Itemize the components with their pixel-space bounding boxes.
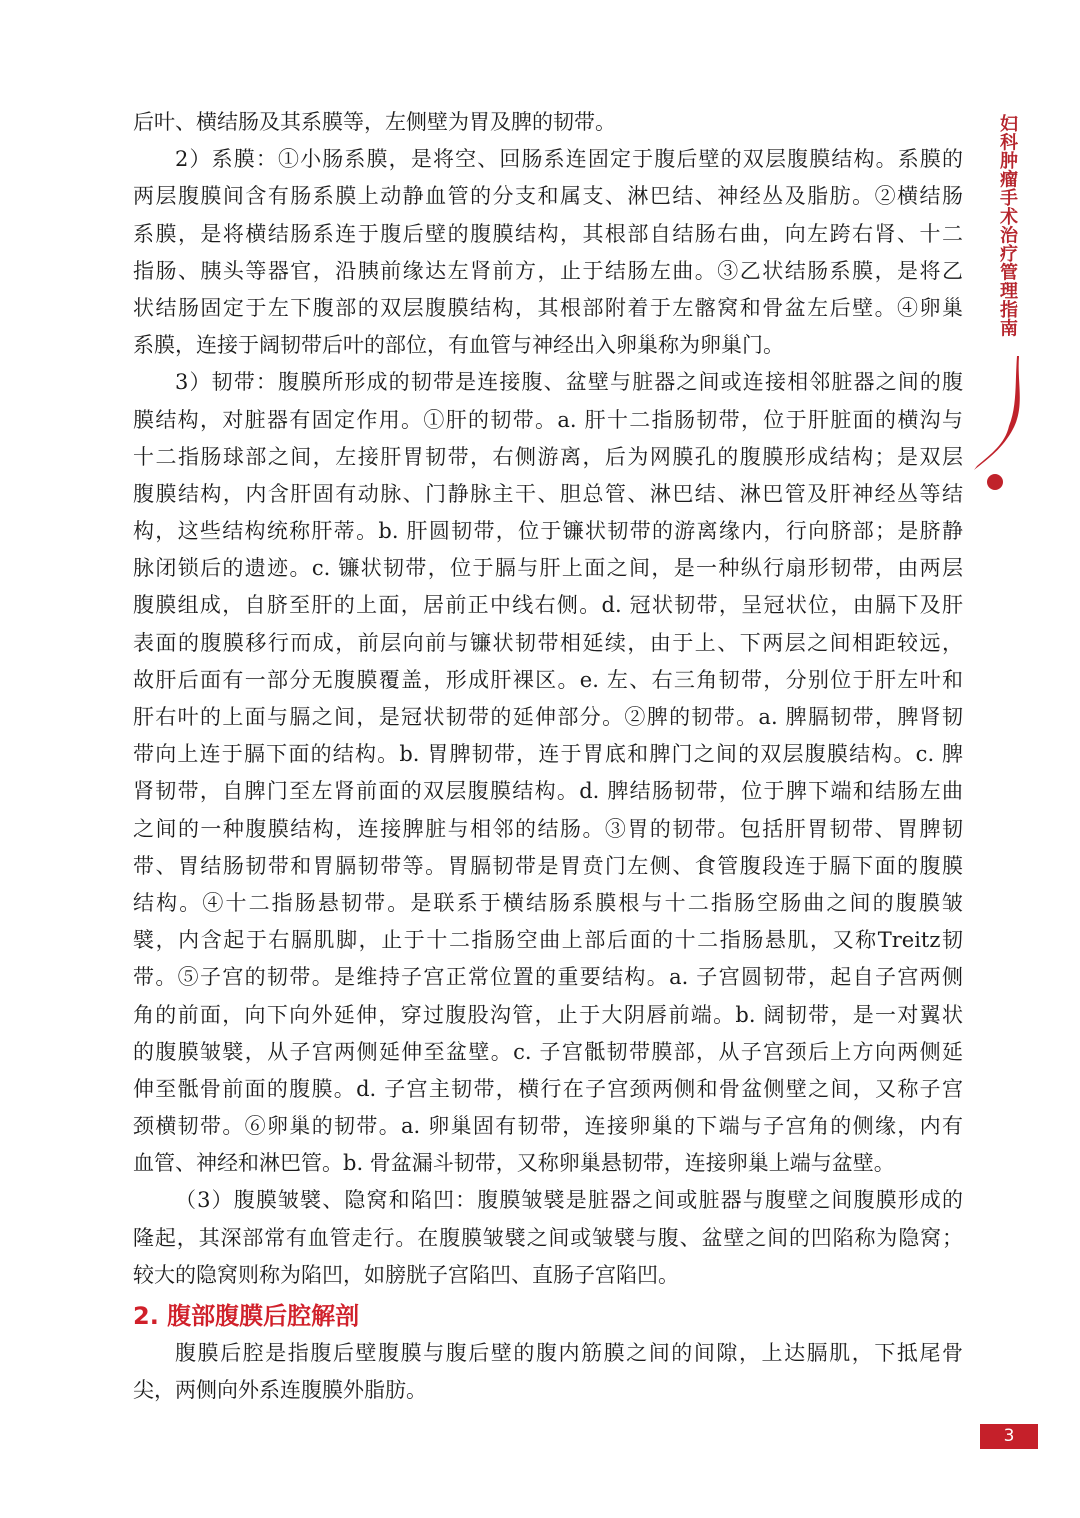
text-line: 脉闭锁后的遗迹。c. 镰状韧带，位于膈与肝上面之间，是一种纵行扇形韧带，由两层 [133,550,963,587]
text-line: 十二指肠球部之间，左接肝胃韧带，右侧游离，后为网膜孔的腹膜形成结构；是双层 [133,439,963,476]
text-line: 故肝后面有一部分无腹膜覆盖，形成肝裸区。e. 左、右三角韧带，分别位于肝左叶和 [133,662,963,699]
text-line: 系膜，是将横结肠系连于腹后壁的腹膜结构，其根部自结肠右曲，向左跨右肾、十二 [133,216,963,253]
text-line: （3）腹膜皱襞、隐窝和陷凹：腹膜皱襞是脏器之间或脏器与腹壁之间腹膜形成的 [133,1182,963,1219]
book-title-vertical: 妇科肿瘤手术治疗管理指南 [994,114,1020,337]
text-line: 较大的隐窝则称为陷凹，如膀胱子宫陷凹、直肠子宫陷凹。 [133,1257,963,1294]
text-line: 之间的一种腹膜结构，连接脾脏与相邻的结肠。③胃的韧带。包括肝胃韧带、胃脾韧 [133,811,963,848]
flourish-stroke [974,356,1020,470]
text-line: 膜结构，对脏器有固定作用。①肝的韧带。a. 肝十二指肠韧带，位于肝脏面的横沟与 [133,402,963,439]
paragraph-block-bottom: 腹膜后腔是指腹后壁腹膜与腹后壁的腹内筋膜之间的间隙，上达膈肌，下抵尾骨尖，两侧向… [133,1335,963,1409]
text-line: 肾韧带，自脾门至左肾前面的双层腹膜结构。d. 脾结肠韧带，位于脾下端和结肠左曲 [133,773,963,810]
text-line: 隆起，其深部常有血管走行。在腹膜皱襞之间或皱襞与腹、盆壁之间的凹陷称为隐窝； [133,1220,963,1257]
text-line: 2）系膜：①小肠系膜，是将空、回肠系连固定于腹后壁的双层腹膜结构。系膜的 [133,141,963,178]
book-page: 后叶、横结肠及其系膜等，左侧壁为胃及脾的韧带。2）系膜：①小肠系膜，是将空、回肠… [0,0,1080,1518]
text-line: 带。⑤子宫的韧带。是维持子宫正常位置的重要结构。a. 子宫圆韧带，起自子宫两侧 [133,959,963,996]
text-line: 的腹膜皱襞，从子宫两侧延伸至盆壁。c. 子宫骶韧带膜部，从子宫颈后上方向两侧延 [133,1034,963,1071]
text-line: 角的前面，向下向外延伸，穿过腹股沟管，止于大阴唇前端。b. 阔韧带，是一对翼状 [133,997,963,1034]
section-heading: 2. 腹部腹膜后腔解剖 [133,1298,963,1335]
text-line: 襞，内含起于右膈肌脚，止于十二指肠空曲上部后面的十二指肠悬肌，又称Treitz韧 [133,922,963,959]
text-line: 构，这些结构统称肝蒂。b. 肝圆韧带，位于镰状韧带的游离缘内，行向脐部；是脐静 [133,513,963,550]
text-line: 表面的腹膜移行而成，前层向前与镰状韧带相延续，由于上、下两层之间相距较远， [133,625,963,662]
page-number: 3 [1004,1426,1015,1446]
text-line: 系膜，连接于阔韧带后叶的部位，有血管与神经出入卵巢称为卵巢门。 [133,327,963,364]
text-line: 带向上连于膈下面的结构。b. 胃脾韧带，连于胃底和脾门之间的双层腹膜结构。c. … [133,736,963,773]
text-line: 带、胃结肠韧带和胃膈韧带等。胃膈韧带是胃贲门左侧、食管腹段连于膈下面的腹膜 [133,848,963,885]
text-line: 血管、神经和淋巴管。b. 骨盆漏斗韧带，又称卵巢悬韧带，连接卵巢上端与盆壁。 [133,1145,963,1182]
text-line: 伸至骶骨前面的腹膜。d. 子宫主韧带，横行在子宫颈两侧和骨盆侧壁之间，又称子宫 [133,1071,963,1108]
text-line: 两层腹膜间含有肠系膜上动静血管的分支和属支、淋巴结、神经丛及脂肪。②横结肠 [133,178,963,215]
text-line: 后叶、横结肠及其系膜等，左侧壁为胃及脾的韧带。 [133,104,963,141]
text-line: 结构。④十二指肠悬韧带。是联系于横结肠系膜根与十二指肠空肠曲之间的腹膜皱 [133,885,963,922]
text-line: 状结肠固定于左下腹部的双层腹膜结构，其根部附着于左髂窝和骨盆左后壁。④卵巢 [133,290,963,327]
main-text-column: 后叶、横结肠及其系膜等，左侧壁为胃及脾的韧带。2）系膜：①小肠系膜，是将空、回肠… [133,104,963,1410]
text-line: 指肠、胰头等器官，沿胰前缘达左肾前方，止于结肠左曲。③乙状结肠系膜，是将乙 [133,253,963,290]
flourish-dot [987,474,1003,490]
paragraph-block-top: 后叶、横结肠及其系膜等，左侧壁为胃及脾的韧带。2）系膜：①小肠系膜，是将空、回肠… [133,104,963,1294]
text-line: 肝右叶的上面与膈之间，是冠状韧带的延伸部分。②脾的韧带。a. 脾膈韧带，脾肾韧 [133,699,963,736]
text-line: 尖，两侧向外系连腹膜外脂肪。 [133,1372,963,1409]
text-line: 腹膜组成，自脐至肝的上面，居前正中线右侧。d. 冠状韧带，呈冠状位，由膈下及肝 [133,587,963,624]
page-number-badge: 3 [980,1424,1038,1449]
text-line: 腹膜结构，内含肝固有动脉、门静脉主干、胆总管、淋巴结、淋巴管及肝神经丛等结 [133,476,963,513]
text-line: 颈横韧带。⑥卵巢的韧带。a. 卵巢固有韧带，连接卵巢的下端与子宫角的侧缘，内有 [133,1108,963,1145]
text-line: 3）韧带：腹膜所形成的韧带是连接腹、盆壁与脏器之间或连接相邻脏器之间的腹 [133,364,963,401]
text-line: 腹膜后腔是指腹后壁腹膜与腹后壁的腹内筋膜之间的间隙，上达膈肌，下抵尾骨 [133,1335,963,1372]
calligraphic-flourish-icon [962,348,1032,498]
